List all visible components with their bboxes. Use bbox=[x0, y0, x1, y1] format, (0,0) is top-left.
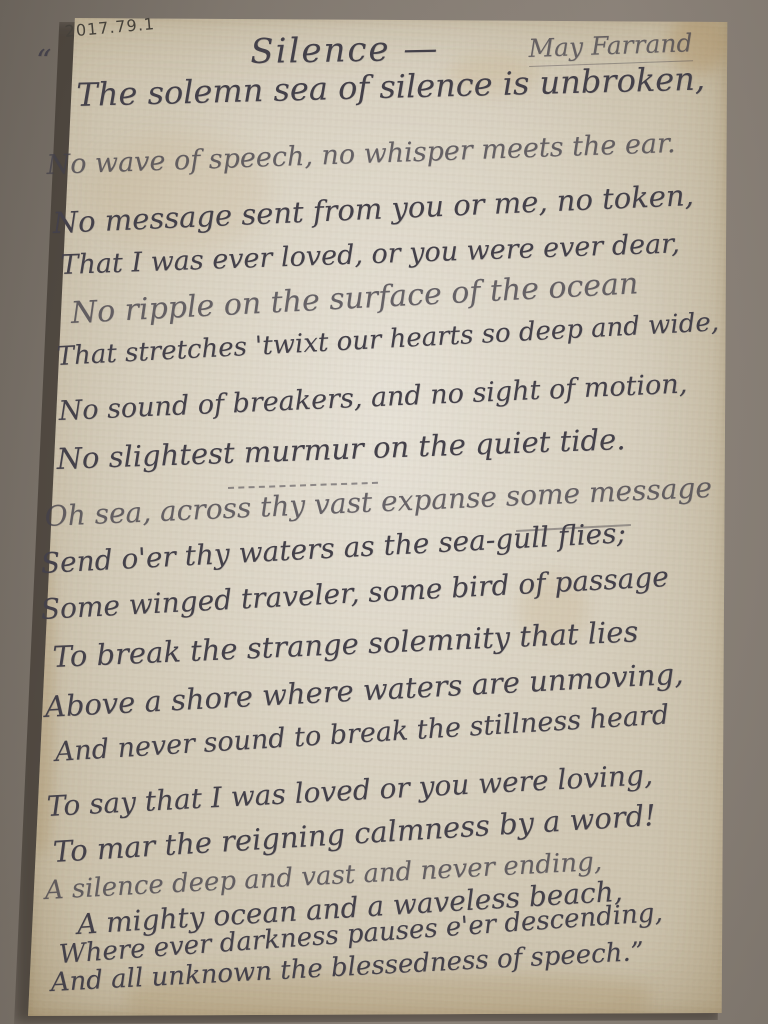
opening-quote-mark: “ bbox=[36, 44, 51, 79]
paper-stain bbox=[32, 164, 42, 176]
poem-title: Silence — bbox=[250, 29, 440, 72]
